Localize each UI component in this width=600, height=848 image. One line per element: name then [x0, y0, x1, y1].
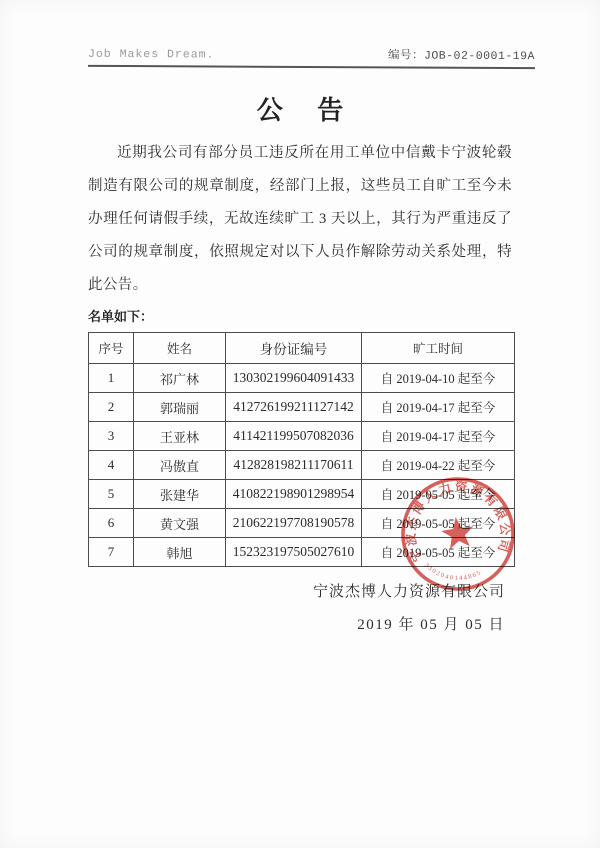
table-cell: 自 2019-05-05 起至今: [362, 480, 515, 509]
table-cell: 自 2019-05-05 起至今: [362, 538, 515, 567]
table-row: 1祁广林130302199604091433自 2019-04-10 起至今: [89, 364, 515, 393]
list-label: 名单如下：: [88, 306, 600, 325]
signature-company: 宁波杰博人力资源有限公司: [0, 580, 505, 601]
table-cell: 王亚林: [134, 422, 226, 451]
table-row: 7韩旭152323197505027610自 2019-05-05 起至今: [89, 538, 515, 567]
table-cell: 1: [89, 364, 134, 393]
column-header: 旷工时间: [362, 333, 515, 364]
signature-block: 宁波杰博人力资源有限公司 2019 年 05 月 05 日: [0, 580, 600, 634]
table-cell: 412726199211127142: [226, 393, 362, 422]
table-cell: 4: [89, 451, 134, 480]
signature-date: 2019 年 05 月 05 日: [0, 613, 505, 634]
table-row: 5张建华410822198901298954自 2019-05-05 起至今: [89, 480, 515, 509]
table-cell: 2: [89, 393, 134, 422]
table-cell: 5: [89, 480, 134, 509]
table-cell: 410822198901298954: [226, 480, 362, 509]
absentee-table: 序号姓名身份证编号旷工时间 1祁广林130302199604091433自 20…: [88, 332, 515, 567]
table-cell: 自 2019-04-17 起至今: [362, 422, 515, 451]
notice-title: 公 告: [0, 90, 600, 127]
table-cell: 3: [89, 422, 134, 451]
notice-body: 近期我公司有部分员工违反所在用工单位中信戴卡宁波轮毂制造有限公司的规章制度，经部…: [88, 137, 512, 302]
table-cell: 130302199604091433: [226, 364, 362, 393]
table-cell: 6: [89, 509, 134, 538]
table-cell: 411421199507082036: [226, 422, 362, 451]
table-cell: 冯傲直: [134, 451, 226, 480]
table-cell: 412828198211170611: [226, 451, 362, 480]
table-cell: 210622197708190578: [226, 509, 362, 538]
scanned-notice-page: Job Makes Dream. 编号：JOB-02-0001-19A 公 告 …: [0, 0, 600, 848]
document-number: 编号：JOB-02-0001-19A: [388, 46, 535, 63]
table-body: 1祁广林130302199604091433自 2019-04-10 起至今2郭…: [89, 364, 515, 567]
table-header-row: 序号姓名身份证编号旷工时间: [89, 333, 515, 364]
table-cell: 黄文强: [134, 509, 226, 538]
company-slogan: Job Makes Dream.: [88, 48, 214, 62]
table-cell: 自 2019-05-05 起至今: [362, 509, 515, 538]
table-cell: 郭瑞丽: [134, 393, 226, 422]
page-header: Job Makes Dream. 编号：JOB-02-0001-19A: [88, 45, 535, 63]
table-cell: 自 2019-04-17 起至今: [362, 393, 515, 422]
column-header: 姓名: [134, 333, 226, 364]
table-cell: 张建华: [134, 480, 226, 509]
table-cell: 自 2019-04-22 起至今: [362, 451, 515, 480]
table-cell: 152323197505027610: [226, 538, 362, 567]
table-cell: 7: [89, 538, 134, 567]
column-header: 身份证编号: [226, 333, 362, 364]
table-row: 2郭瑞丽412726199211127142自 2019-04-17 起至今: [89, 393, 515, 422]
column-header: 序号: [89, 333, 134, 364]
table-row: 6黄文强210622197708190578自 2019-05-05 起至今: [89, 509, 515, 538]
table-row: 4冯傲直412828198211170611自 2019-04-22 起至今: [89, 451, 515, 480]
header-rule: [88, 65, 535, 69]
table-cell: 祁广林: [134, 364, 226, 393]
table-cell: 自 2019-04-10 起至今: [362, 364, 515, 393]
table-cell: 韩旭: [134, 538, 226, 567]
table-row: 3王亚林411421199507082036自 2019-04-17 起至今: [89, 422, 515, 451]
